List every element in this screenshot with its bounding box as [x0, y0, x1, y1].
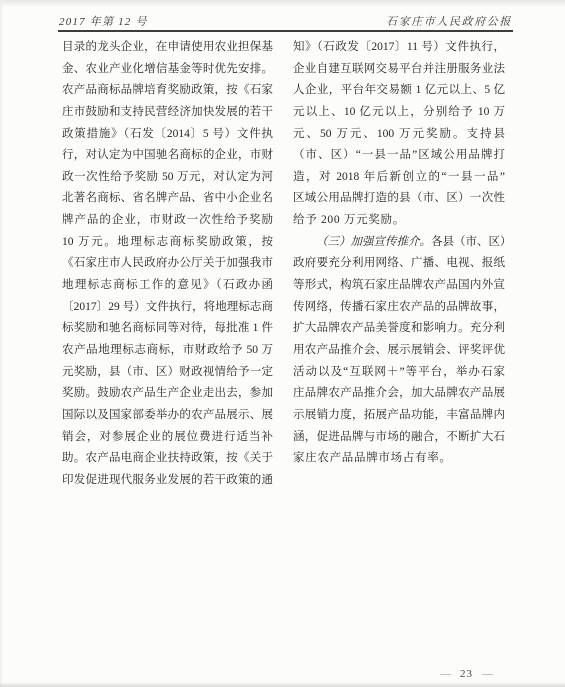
- text-line: 目录的龙头企业，在申请使用农业担保基: [62, 37, 273, 59]
- scan-edge-left: [0, 0, 3, 687]
- text-line: 活动以及“互联网＋”等平台，举办石家: [293, 362, 505, 384]
- text-line: 奖励。鼓励农产品生产企业走出去，参加: [62, 383, 273, 405]
- text-line: 庄品牌农产品推介会，加大品牌农产品展: [293, 383, 505, 405]
- text-line: 用农产品推介会、展示展销会、评奖评优: [293, 340, 505, 362]
- text-line: 政一次性给予奖励 50 万元，对认定为河: [62, 167, 273, 189]
- text-line: 农产品地理标志商标，市财政给予 50 万: [62, 340, 273, 362]
- text-line: 10 万元。地理标志商标奖励政策，按: [62, 232, 273, 254]
- left-text-column: 目录的龙头企业，在申请使用农业担保基金、农业产业化增信基金等时优先安排。农产品商…: [62, 37, 273, 491]
- text-line: 国际以及国家部委举办的农产品展示、展: [62, 405, 273, 427]
- text-line: 《石家庄市人民政府办公厅关于加强我市: [62, 253, 273, 275]
- text-line: 扩大品牌农产品美誉度和影响力。充分利: [293, 318, 505, 340]
- scan-edge-bottom: [0, 682, 565, 687]
- right-text-column: 知》（石政发〔2017〕11 号）文件执行，企业自建互联网交易平台并注册服务业法…: [293, 37, 505, 470]
- text-line: 印发促进现代服务业发展的若干政策的通: [62, 470, 273, 492]
- text-line: 给予 200 万元奖励。: [293, 210, 505, 232]
- page-header: 2017 年第 12 号 石家庄市人民政府公报: [59, 13, 512, 29]
- text-line: 〔2017〕29 号）文件执行，将地理标志商: [62, 297, 273, 319]
- text-line: 农产品商标品牌培育奖励政策，按《石家: [62, 80, 273, 102]
- text-line: 元以上、10 亿元以上，分别给予 10 万: [293, 102, 505, 124]
- footer-dash-right: —: [482, 668, 493, 680]
- text-line: 牌产品的企业，市财政一次性给予奖励: [62, 210, 273, 232]
- text-line: 北著名商标、省名牌产品、省中小企业名: [62, 188, 273, 210]
- paragraph-lead-kai: （三）加强宣传推介。: [316, 236, 431, 248]
- footer-dash-left: —: [440, 668, 451, 680]
- text-line: 行，对认定为中国驰名商标的企业，市财: [62, 145, 273, 167]
- page-number: 23: [460, 668, 473, 680]
- text-line: 知》（石政发〔2017〕11 号）文件执行，: [293, 37, 505, 59]
- text-line: 人企业，平台年交易额 1 亿元以上、5 亿: [293, 80, 505, 102]
- text-line: 标奖励和驰名商标同等对待，每批准 1 件: [62, 318, 273, 340]
- text-line: 庄市鼓励和支持民营经济加快发展的若干: [62, 102, 273, 124]
- text-line: （市、区）“一县一品”区域公用品牌打: [293, 145, 505, 167]
- text-line: 等形式，构筑石家庄品牌农产品国内外宣: [293, 275, 505, 297]
- header-rule: [58, 30, 513, 32]
- page-footer: — 23 —: [440, 668, 493, 680]
- text-line: 涵，促进品牌与市场的融合，不断扩大石: [293, 427, 505, 449]
- header-issue-number: 2017 年第 12 号: [59, 13, 148, 29]
- text-line: 企业自建互联网交易平台并注册服务业法: [293, 59, 505, 81]
- text-line: 地理标志商标工作的意见》（石政办函: [62, 275, 273, 297]
- text-line: 传网络，传播石家庄农产品的品牌故事，: [293, 297, 505, 319]
- text-line: 示展销力度，拓展产品功能，丰富品牌内: [293, 405, 505, 427]
- text-line: 政府要充分利用网络、广播、电视、报纸: [293, 253, 505, 275]
- text-line: 区域公用品牌打造的县（市、区）一次性: [293, 188, 505, 210]
- text-line: 金、农业产业化增信基金等时优先安排。: [62, 59, 273, 81]
- gazette-page: 2017 年第 12 号 石家庄市人民政府公报 目录的龙头企业，在申请使用农业担…: [0, 0, 565, 687]
- scan-edge-top: [0, 0, 565, 7]
- text-line: 助。农产品电商企业扶持政策，按《关于: [62, 448, 273, 470]
- text-line: 造，对 2018 年后新创立的“一县一品”: [293, 167, 505, 189]
- text-line: 政策措施》（石发〔2014〕5 号）文件执: [62, 124, 273, 146]
- text-line: 元奖励，县（市、区）财政视情给予一定: [62, 362, 273, 384]
- text-line: （三）加强宣传推介。各县（市、区）: [293, 232, 505, 254]
- text-line: 销会，对参展企业的展位费进行适当补: [62, 427, 273, 449]
- text-line: 元、50 万元、100 万元奖励。支持县: [293, 124, 505, 146]
- header-gazette-title: 石家庄市人民政府公报: [386, 13, 512, 29]
- text-line: 家庄农产品品牌市场占有率。: [293, 448, 505, 470]
